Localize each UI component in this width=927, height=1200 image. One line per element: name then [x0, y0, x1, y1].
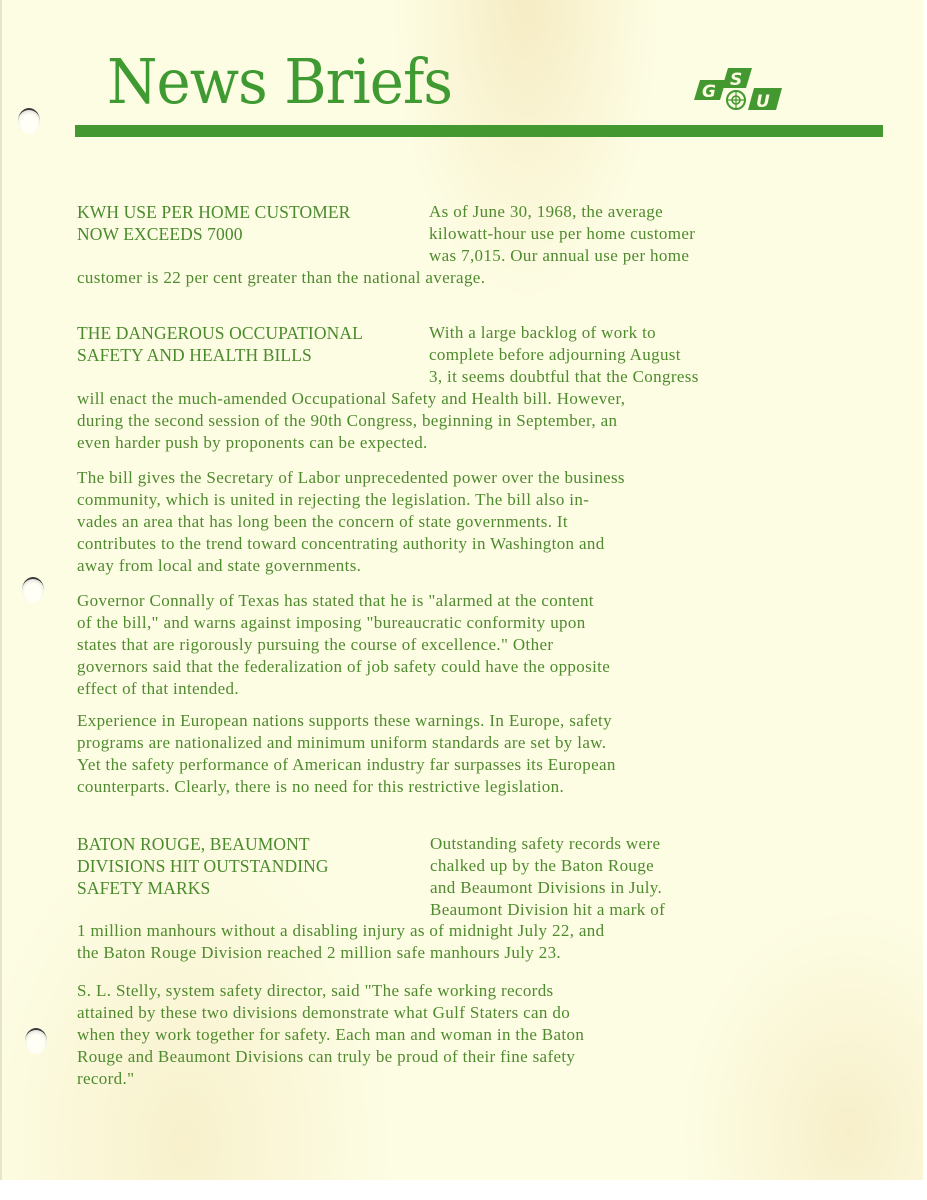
page-edge [0, 0, 2, 1180]
document-page: News Briefs G S U KWH USE PER HOME CUSTO… [0, 0, 923, 1180]
article-headline: KWH USE PER HOME CUSTOMER NOW EXCEEDS 70… [77, 201, 350, 245]
punch-hole [18, 108, 40, 134]
article-paragraph: S. L. Stelly, system safety director, sa… [77, 980, 584, 1090]
svg-text:S: S [730, 70, 742, 90]
article-lead: Outstanding safety records were chalked … [430, 833, 665, 921]
article-headline: BATON ROUGE, BEAUMONT DIVISIONS HIT OUTS… [77, 833, 329, 899]
article-paragraph: The bill gives the Secretary of Labor un… [77, 467, 625, 577]
article-paragraph: will enact the much-amended Occupational… [77, 388, 625, 454]
article-paragraph: Experience in European nations supports … [77, 710, 616, 798]
article-lead: As of June 30, 1968, the average kilowat… [429, 201, 695, 267]
article-paragraph: customer is 22 per cent greater than the… [77, 267, 485, 289]
gsu-logo-icon: G S U [686, 66, 786, 124]
svg-text:U: U [756, 92, 770, 112]
article-paragraph: Governor Connally of Texas has stated th… [77, 590, 610, 700]
punch-hole [22, 577, 44, 603]
article-headline: THE DANGEROUS OCCUPATIONAL SAFETY AND HE… [77, 322, 363, 366]
page-title: News Briefs [107, 42, 452, 122]
svg-text:G: G [702, 82, 716, 102]
punch-hole [25, 1028, 47, 1054]
article-lead: With a large backlog of work to complete… [429, 322, 699, 388]
article-paragraph: 1 million manhours without a disabling i… [77, 920, 605, 964]
header-rule [75, 125, 883, 137]
